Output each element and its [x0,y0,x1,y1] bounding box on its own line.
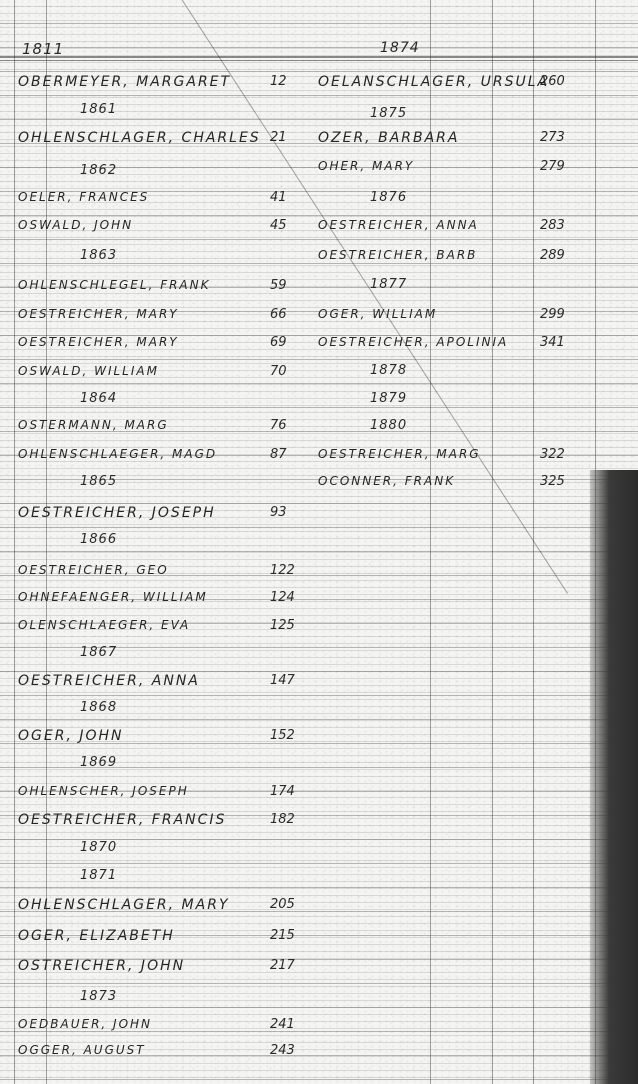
index-entry-page: 215 [270,928,295,943]
index-entry-page: 93 [270,505,287,520]
index-entry-page: 122 [270,563,295,578]
year-heading: 1864 [80,391,117,406]
scan-shadow [590,470,638,1084]
index-entry-page: 147 [270,673,295,688]
index-entry-name: OGER, ELIZABETH [18,928,175,944]
index-entry-name: OGGER, AUGUST [18,1043,146,1057]
index-entry-name: OESTREICHER, BARB [318,248,477,262]
index-entry-name: OESTREICHER, ANNA [318,218,479,232]
index-entry-page: 124 [270,590,295,605]
index-entry-name: OHLENSCHLAEGER, MAGD [18,447,217,461]
index-entry-name: OSWALD, JOHN [18,218,133,232]
column-rule [430,0,431,1084]
index-entry-page: 273 [540,130,565,145]
year-heading: 1865 [80,474,117,489]
index-entry-name: OHER, MARY [318,159,414,173]
index-entry-page: 66 [270,307,287,322]
year-heading: 1867 [80,645,117,660]
index-entry-name: OGER, WILLIAM [318,307,437,321]
index-entry-name: OCONNER, FRANK [318,474,455,488]
index-entry-page: 182 [270,812,295,827]
index-entry-name: OELANSCHLAGER, URSULA [318,74,549,90]
year-heading: 1875 [370,106,407,121]
index-entry-page: 45 [270,218,287,233]
margin-rule [46,0,47,1084]
year-heading: 1862 [80,163,117,178]
index-entry-page: 279 [540,159,565,174]
year-heading: 1873 [80,989,117,1004]
header-rule [0,60,638,61]
index-entry-name: OHNEFAENGER, WILLIAM [18,590,208,604]
year-heading: 1879 [370,391,407,406]
index-entry-page: 322 [540,447,565,462]
year-heading: 1876 [370,190,407,205]
year-heading: 1870 [80,840,117,855]
index-entry-name: OLENSCHLAEGER, EVA [18,618,190,632]
index-entry-page: 341 [540,335,565,350]
index-entry-page: 299 [540,307,565,322]
index-entry-name: OHLENSCHLAGER, CHARLES [18,130,261,146]
margin-rule [14,0,15,1084]
index-entry-name: OESTREICHER, APOLINIA [318,335,508,349]
index-entry-page: 76 [270,418,287,433]
index-entry-page: 12 [270,74,287,89]
index-entry-page: 260 [540,74,565,89]
index-entry-name: OSWALD, WILLIAM [18,364,159,378]
year-heading: 1863 [80,248,117,263]
year-heading: 1861 [80,102,117,117]
index-entry-name: OESTREICHER, ANNA [18,673,200,689]
index-entry-page: 41 [270,190,287,205]
year-heading: 1866 [80,532,117,547]
index-entry-page: 21 [270,130,287,145]
index-entry-page: 59 [270,278,287,293]
index-entry-name: OSTERMANN, MARG [18,418,169,432]
header-rule [0,56,638,58]
header-year-left: 1811 [22,40,64,58]
index-entry-name: OESTREICHER, GEO [18,563,169,577]
index-entry-name: OESTREICHER, FRANCIS [18,812,226,828]
index-entry-name: OESTREICHER, MARY [18,307,179,321]
index-entry-name: OEDBAUER, JOHN [18,1017,152,1031]
index-entry-name: OGER, JOHN [18,728,124,744]
index-entry-name: OHLENSCHER, JOSEPH [18,784,189,798]
year-heading: 1871 [80,868,117,883]
index-entry-name: OESTREICHER, MARG [318,447,481,461]
index-entry-name: OBERMEYER, MARGARET [18,74,231,90]
index-entry-name: OHLENSCHLAGER, MARY [18,897,230,913]
index-entry-name: OELER, FRANCES [18,190,149,204]
ledger-page: 1811 1874 OBERMEYER, MARGARET121861OHLEN… [0,0,638,1084]
index-entry-name: OESTREICHER, JOSEPH [18,505,216,521]
index-entry-name: OSTREICHER, JOHN [18,958,185,974]
year-heading: 1868 [80,700,117,715]
index-entry-page: 283 [540,218,565,233]
year-heading: 1877 [370,277,407,292]
year-heading: 1869 [80,755,117,770]
index-entry-page: 69 [270,335,287,350]
index-entry-page: 205 [270,897,295,912]
index-entry-page: 289 [540,248,565,263]
year-heading: 1878 [370,363,407,378]
index-entry-page: 217 [270,958,295,973]
index-entry-name: OHLENSCHLEGEL, FRANK [18,278,211,292]
year-heading: 1880 [370,418,407,433]
index-entry-page: 241 [270,1017,295,1032]
index-entry-page: 70 [270,364,287,379]
index-entry-page: 243 [270,1043,295,1058]
column-rule [492,0,493,1084]
index-entry-page: 87 [270,447,287,462]
index-entry-page: 152 [270,728,295,743]
index-entry-name: OZER, BARBARA [318,130,459,146]
header-year-right: 1874 [380,40,420,56]
index-entry-page: 125 [270,618,295,633]
index-entry-page: 174 [270,784,295,799]
index-entry-name: OESTREICHER, MARY [18,335,179,349]
index-entry-page: 325 [540,474,565,489]
